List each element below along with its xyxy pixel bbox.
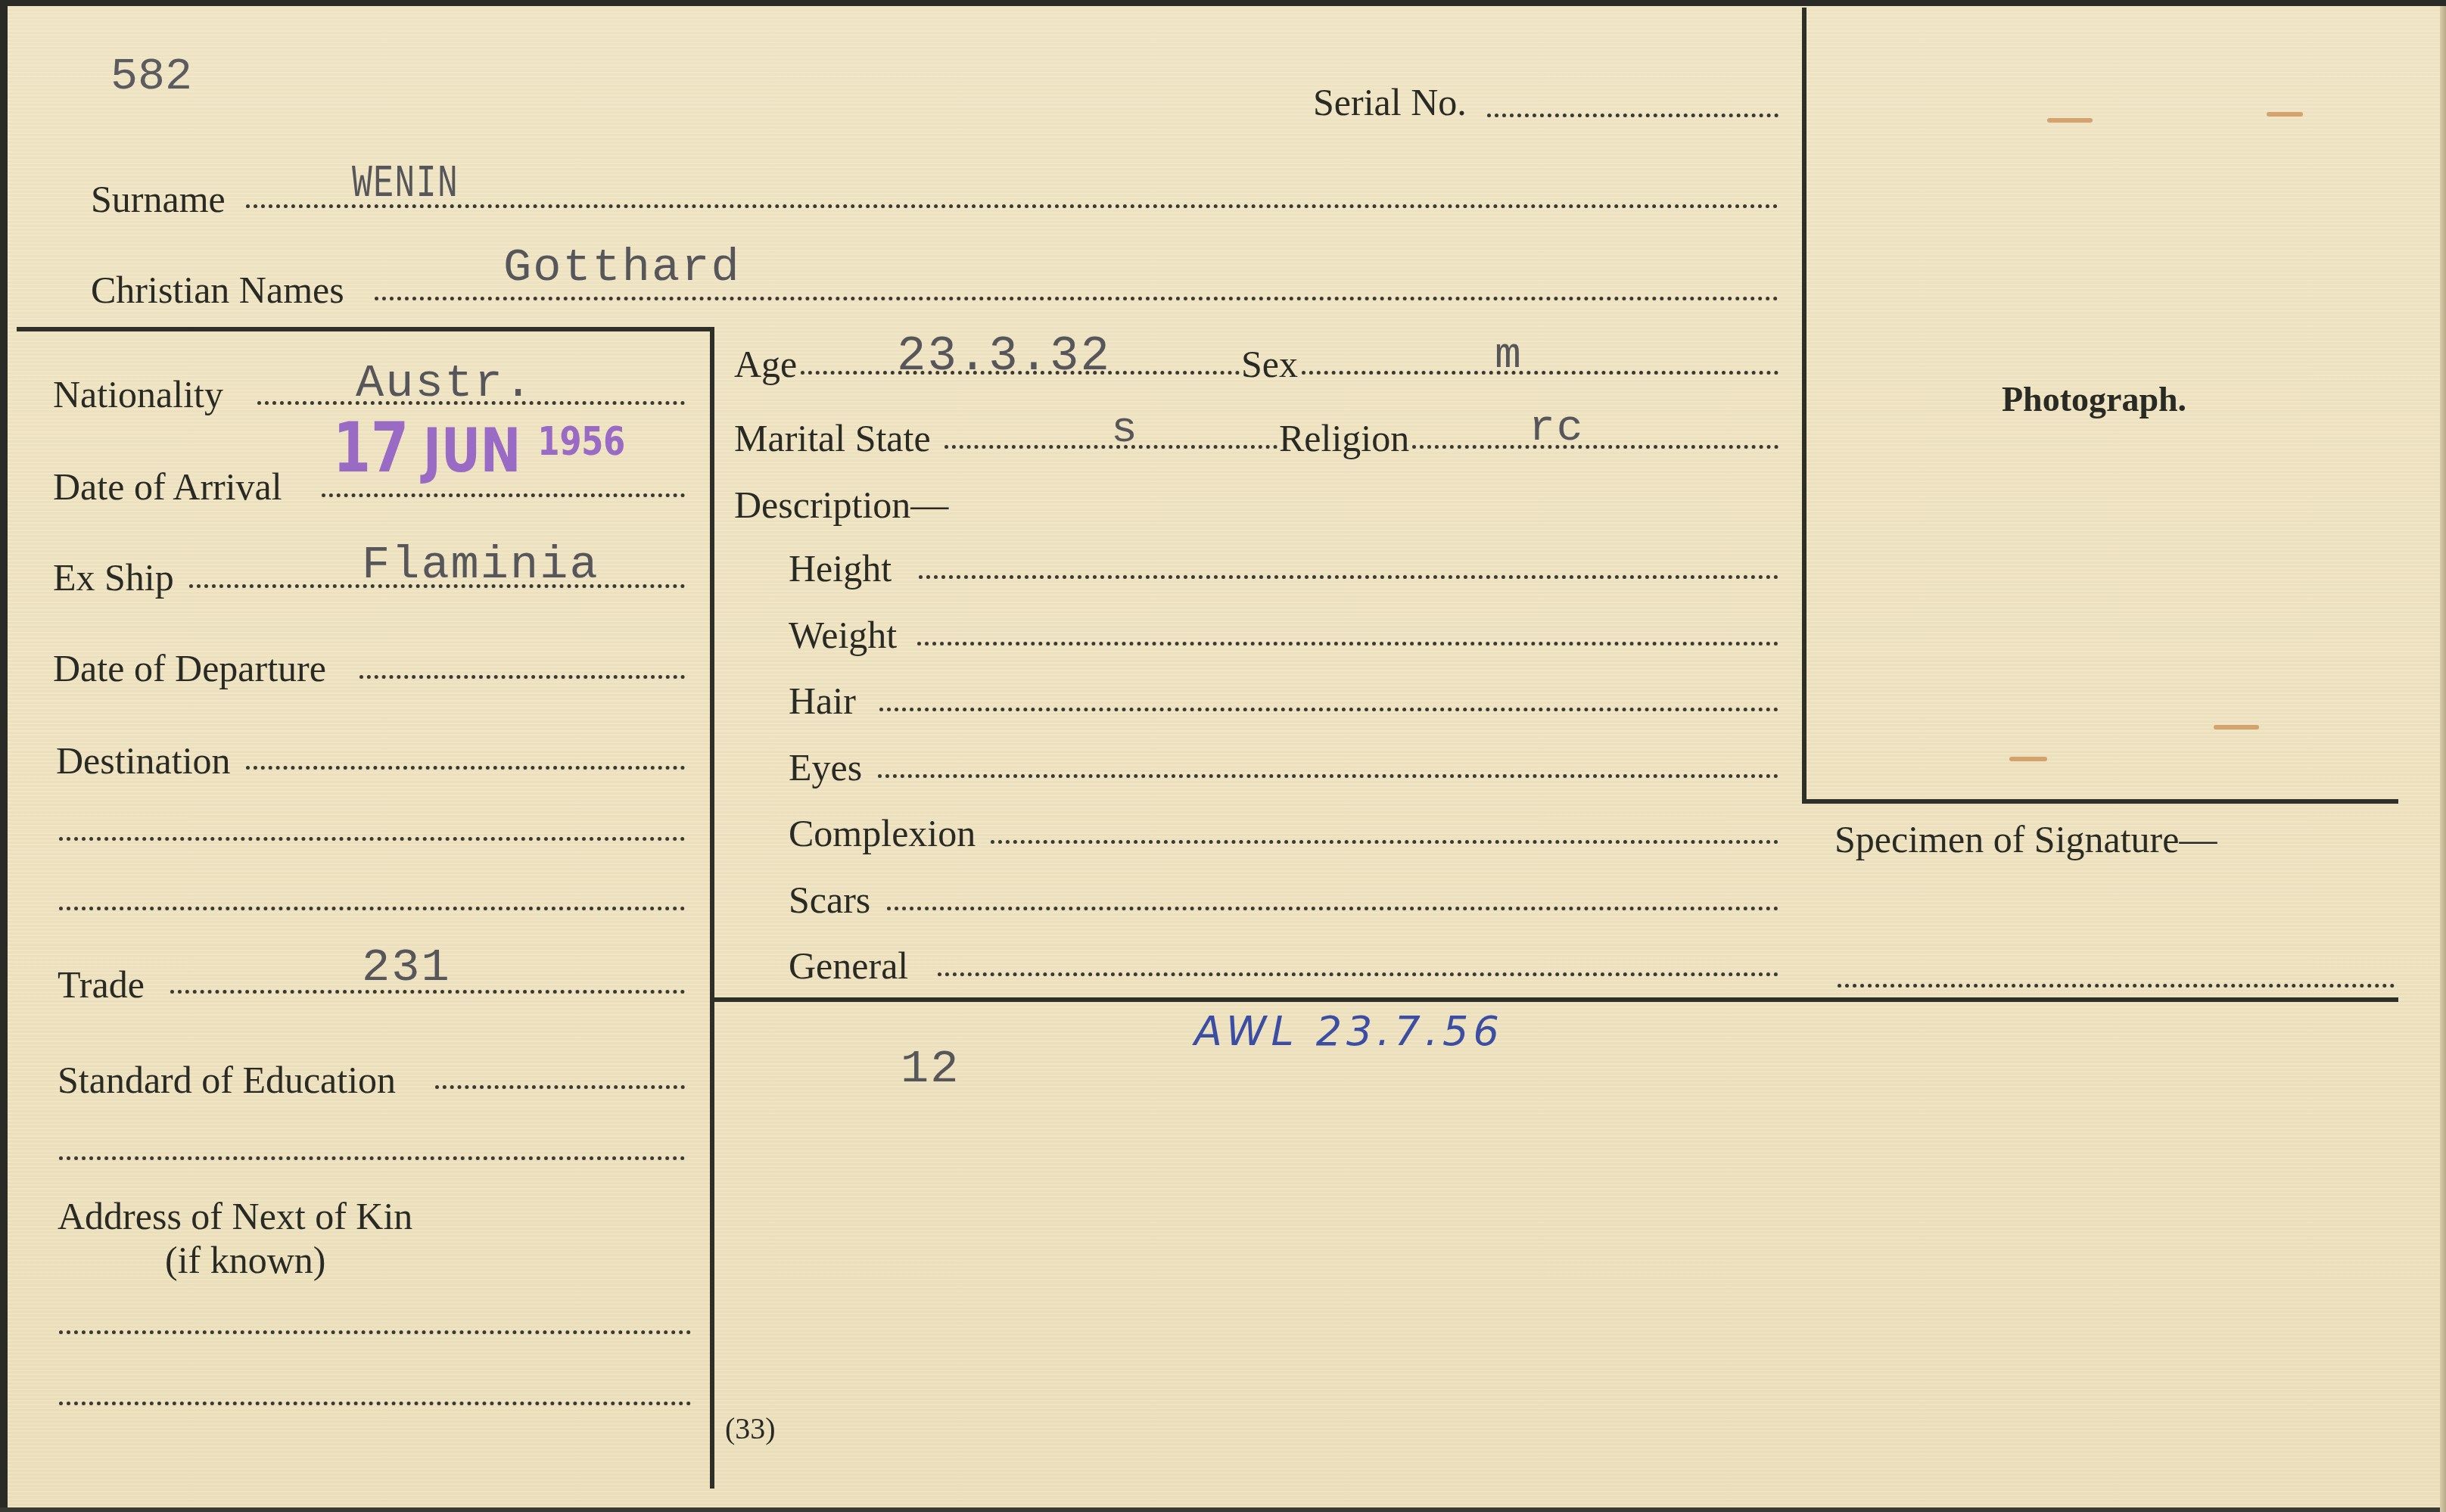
description-eyes-field[interactable]: [878, 774, 1778, 778]
description-eyes-label: Eyes: [789, 748, 862, 786]
standard-of-education-field-line-2[interactable]: [59, 1156, 685, 1160]
age-value: 23.3.32: [897, 333, 1111, 381]
registration-card: 582 Serial No. Surname WENIN Christian N…: [0, 0, 2446, 1512]
description-hair-field[interactable]: [879, 708, 1778, 711]
description-height-field[interactable]: [919, 575, 1778, 579]
description-label: Description—: [734, 486, 948, 524]
religion-field[interactable]: [1412, 445, 1778, 449]
divider-top-left: [17, 327, 713, 331]
stain: [2214, 725, 2259, 730]
trade-value: 231: [362, 944, 451, 991]
surname-label: Surname: [91, 180, 226, 218]
signature-label: Specimen of Signature—: [1834, 820, 2217, 858]
destination-field-line-3[interactable]: [59, 907, 685, 910]
description-weight-field[interactable]: [917, 642, 1778, 646]
christian-names-label: Christian Names: [91, 271, 344, 309]
standard-of-education-label: Standard of Education: [58, 1061, 396, 1099]
ex-ship-value: Flaminia: [362, 542, 599, 589]
date-of-departure-label: Date of Departure: [53, 649, 326, 687]
destination-field-line-2[interactable]: [59, 837, 685, 841]
next-of-kin-field-line-2[interactable]: [59, 1402, 691, 1405]
surname-field[interactable]: [246, 204, 1778, 208]
date-of-arrival-field[interactable]: [322, 493, 685, 497]
serial-no-label: Serial No.: [1313, 83, 1467, 121]
destination-label: Destination: [56, 742, 231, 779]
description-scars-label: Scars: [789, 881, 870, 919]
ex-ship-label: Ex Ship: [53, 558, 174, 596]
description-height-label: Height: [789, 549, 892, 587]
christian-names-value: Gotthard: [503, 244, 741, 291]
nationality-label: Nationality: [53, 375, 223, 413]
trade-label: Trade: [58, 966, 145, 1003]
age-label: Age: [734, 345, 797, 383]
surname-value: WENIN: [352, 160, 459, 207]
description-complexion-field[interactable]: [991, 840, 1778, 844]
sex-field[interactable]: [1302, 371, 1778, 375]
divider-left-column: [710, 327, 714, 1489]
form-number: (33): [725, 1414, 776, 1444]
description-scars-field[interactable]: [887, 907, 1778, 910]
date-of-departure-field[interactable]: [359, 675, 685, 679]
destination-field[interactable]: [246, 766, 685, 770]
next-of-kin-field[interactable]: [59, 1330, 691, 1334]
scan-edge-right: [2440, 0, 2446, 1512]
photograph-box: [1806, 8, 2398, 799]
nationality-value: Austr.: [356, 360, 534, 407]
christian-names-field[interactable]: [375, 297, 1778, 300]
standard-of-education-field[interactable]: [435, 1085, 685, 1089]
stain: [2047, 118, 2093, 123]
next-of-kin-label: Address of Next of Kin: [58, 1197, 412, 1235]
scan-edge-bottom: [0, 1507, 2446, 1512]
religion-label: Religion: [1279, 419, 1409, 457]
stamp-year: 1956: [537, 419, 625, 465]
next-of-kin-sublabel: (if known): [165, 1241, 325, 1279]
divider-middle-bottom: [714, 997, 2398, 1002]
stamp-month: JUN: [423, 415, 521, 486]
description-weight-label: Weight: [789, 616, 897, 654]
photo-box-bottom-border: [1802, 799, 2398, 804]
description-general-label: General: [789, 947, 908, 985]
marital-state-value: s: [1111, 409, 1139, 453]
stain: [2267, 112, 2303, 117]
description-general-field[interactable]: [938, 972, 1778, 976]
description-complexion-label: Complexion: [789, 814, 976, 852]
sex-value: m: [1495, 334, 1523, 378]
religion-value: rc: [1529, 407, 1585, 451]
stain: [2009, 757, 2047, 761]
notes-handwritten-annotation: AWL 23.7.56: [1194, 1011, 1504, 1052]
date-of-arrival-label: Date of Arrival: [53, 468, 282, 506]
sex-label: Sex: [1241, 345, 1298, 383]
marital-state-label: Marital State: [734, 419, 931, 457]
serial-no-field[interactable]: [1487, 114, 1778, 117]
description-hair-label: Hair: [789, 682, 856, 720]
record-number: 582: [110, 54, 192, 100]
signature-field[interactable]: [1838, 984, 2395, 988]
notes-typed-value: 12: [901, 1046, 960, 1093]
stamp-day: 17: [333, 409, 409, 488]
date-of-arrival-stamp: 17 JUN 1956: [333, 415, 625, 483]
